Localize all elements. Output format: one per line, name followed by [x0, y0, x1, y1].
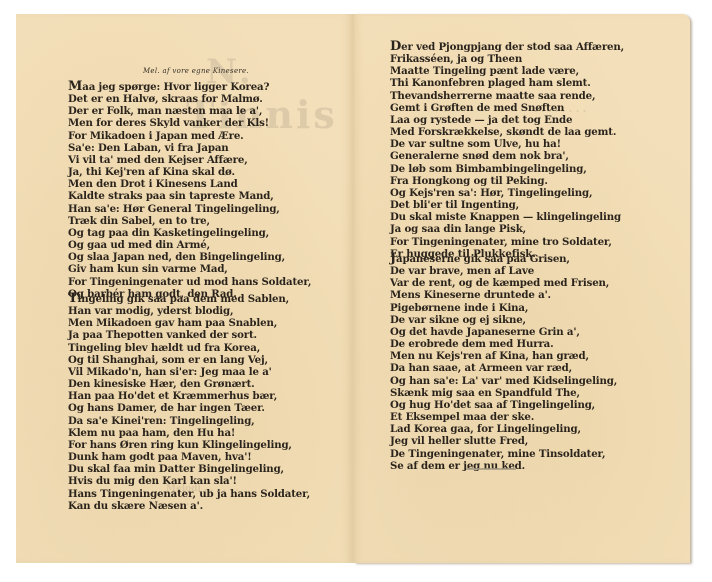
verse-line: De Tingeningenater, mine Tinsoldater, — [390, 448, 617, 460]
verse-line: De var sikne og ej sikne, — [390, 314, 617, 326]
verse-line: Og hans Damer, de har ingen Tæer. — [68, 402, 310, 414]
verse-line: Men nu Kejs'ren af Kina, han græd, — [390, 350, 617, 362]
verse-line: Ja paa Thepotten vanked der sort. — [68, 329, 310, 341]
verse-line: Thi Kanonfebren plaged ham slemt. — [390, 77, 624, 89]
verse-line: Giv ham kun sin varme Mad, — [68, 263, 311, 275]
verse-line: Han var modig, yderst blodig, — [68, 305, 310, 317]
verse-line: Der er Folk, man næsten maa le a', — [68, 105, 311, 117]
verse-line: Tingeling gik saa paa dem med Sablen, — [68, 293, 310, 305]
verse-line: Frikasséen, ja og Theen — [390, 53, 624, 65]
verse-line: Og tag paa din Kasketingelingeling, — [68, 227, 311, 239]
verse-line: Og han sa'e: La' var' med Kidselingeling… — [390, 375, 617, 387]
right-stanza-1: Der ved Pjongpjang der stod saa Affæren,… — [390, 41, 624, 260]
verse-line: Han sa'e: Hør General Tingelingeling, — [68, 203, 311, 215]
verse-line: Maa jeg spørge: Hvor ligger Korea? — [68, 81, 311, 93]
verse-line: Dunk ham godt paa Maven, hva'! — [68, 451, 310, 463]
verse-line: Kan du skære Næsen a'. — [68, 500, 310, 512]
verse-line: Men for deres Skyld vanker der Kls! — [68, 117, 311, 129]
verse-line: Træk din Sabel, en to tre, — [68, 215, 311, 227]
verse-line: Ja og saa din lange Pisk, — [390, 223, 624, 235]
verse-line: Og Kejs'ren sa': Hør, Tingelingeling, — [390, 187, 624, 199]
verse-line: For Mikadoen i Japan med Ære. — [68, 130, 311, 142]
left-stanza-1: Maa jeg spørge: Hvor ligger Korea? Det e… — [68, 81, 311, 300]
left-stanza-2: Tingeling gik saa paa dem med Sablen, Ha… — [68, 293, 310, 512]
verse-line: De løb som Bimbambingelingeling, — [390, 163, 624, 175]
verse-line: For hans Øren ring kun Klingelingeling, — [68, 439, 310, 451]
verse-line: Generalerne snød dem nok bra', — [390, 150, 624, 162]
verse-line: Et Eksempel maa der ske. — [390, 411, 617, 423]
verse-line: Var de rent, og de kæmped med Frisen, — [390, 277, 617, 289]
verse-line: De erobrede dem med Hurra. — [390, 338, 617, 350]
verse-line: For Tingeningenater, mine tro Soldater, — [390, 236, 624, 248]
verse-line: Hans Tingeningenater, ub ja hans Soldate… — [68, 488, 310, 500]
verse-line: Vil Mikado'n, han si'er: Jeg maa le a' — [68, 366, 310, 378]
song-melody-heading: Mel. af vore egne Kinesere. — [86, 67, 306, 75]
verse-line: Sa'e: Den Laban, vi fra Japan — [68, 142, 311, 154]
verse-line: Laa og rystede — ja det tog Ende — [390, 114, 624, 126]
verse-line: Der ved Pjongpjang der stod saa Affæren, — [390, 41, 624, 53]
verse-line: Gemt i Grøften de med Snøften — [390, 102, 624, 114]
verse-line: De var brave, men af Lave — [390, 265, 617, 277]
verse-line: Da han saae, at Armeen var ræd, — [390, 362, 617, 374]
verse-line: Det bli'er til Ingenting, — [390, 199, 624, 211]
verse-line: Pigebørnene inde i Kina, — [390, 302, 617, 314]
verse-line: Skænk mig saa en Spandfuld The, — [390, 387, 617, 399]
booklet-spread: N. Tinnis Melodi . . . . . . . . . . . .… — [16, 14, 692, 563]
verse-line: Kaldte straks paa sin tapreste Mand, — [68, 190, 311, 202]
verse-line: Og gaa ud med din Armé, — [68, 239, 311, 251]
verse-line: Men Mikadoen gav ham paa Snablen, — [68, 317, 310, 329]
verse-line: Jeg vil heller slutte Fred, — [390, 435, 617, 447]
verse-line: Ja, thi Kej'ren af Kina skal dø. — [68, 166, 311, 178]
verse-line: Tingeling blev hældt ud fra Korea, — [68, 342, 310, 354]
verse-line: Og slaa Japan ned, den Bingelingeling, — [68, 251, 311, 263]
verse-line: Den kinesiske Hær, den Grønært. — [68, 378, 310, 390]
closing-rule — [466, 468, 516, 470]
verse-line: Da sa'e Kinei'ren: Tingelingeling, — [68, 415, 310, 427]
right-stanza-2: Japaneserne gik saa paa Grisen, De var b… — [390, 253, 617, 472]
verse-line: For Tingeningenater ud mod hans Soldater… — [68, 276, 311, 288]
verse-line: Det er en Halvø, skraas for Malmø. — [68, 93, 311, 105]
verse-line: Japaneserne gik saa paa Grisen, — [390, 253, 617, 265]
verse-line: Thevandsherrerne maatte saa rende, — [390, 90, 624, 102]
verse-line: Mens Kineserne druntede a'. — [390, 289, 617, 301]
verse-line: Fra Hongkong og til Peking. — [390, 175, 624, 187]
verse-line: Lad Korea gaa, for Lingelingeling, — [390, 423, 617, 435]
verse-line: Maatte Tingeling pænt lade være, — [390, 65, 624, 77]
verse-line: De var sultne som Ulve, hu ha! — [390, 138, 624, 150]
verse-line: Han paa Ho'det et Kræmmerhus bær, — [68, 390, 310, 402]
verse-line: Men den Drot i Kinesens Land — [68, 178, 311, 190]
verse-line: Og det havde Japaneserne Grin a', — [390, 326, 617, 338]
verse-line: Du skal miste Knappen — klingelingeling — [390, 211, 624, 223]
verse-line: Klem nu paa ham, den Hu ha! — [68, 427, 310, 439]
verse-line: Hvis du mig den Karl kan sla'! — [68, 475, 310, 487]
verse-line: Og hug Ho'det saa af Tingelingeling, — [390, 399, 617, 411]
verse-line: Med Forskrækkelse, skøndt de laa gemt. — [390, 126, 624, 138]
verse-line: Vi vil ta' med den Kejser Affære, — [68, 154, 311, 166]
verse-line: Du skal faa min Datter Bingelingeling, — [68, 463, 310, 475]
verse-line: Og til Shanghai, som er en lang Vej, — [68, 354, 310, 366]
